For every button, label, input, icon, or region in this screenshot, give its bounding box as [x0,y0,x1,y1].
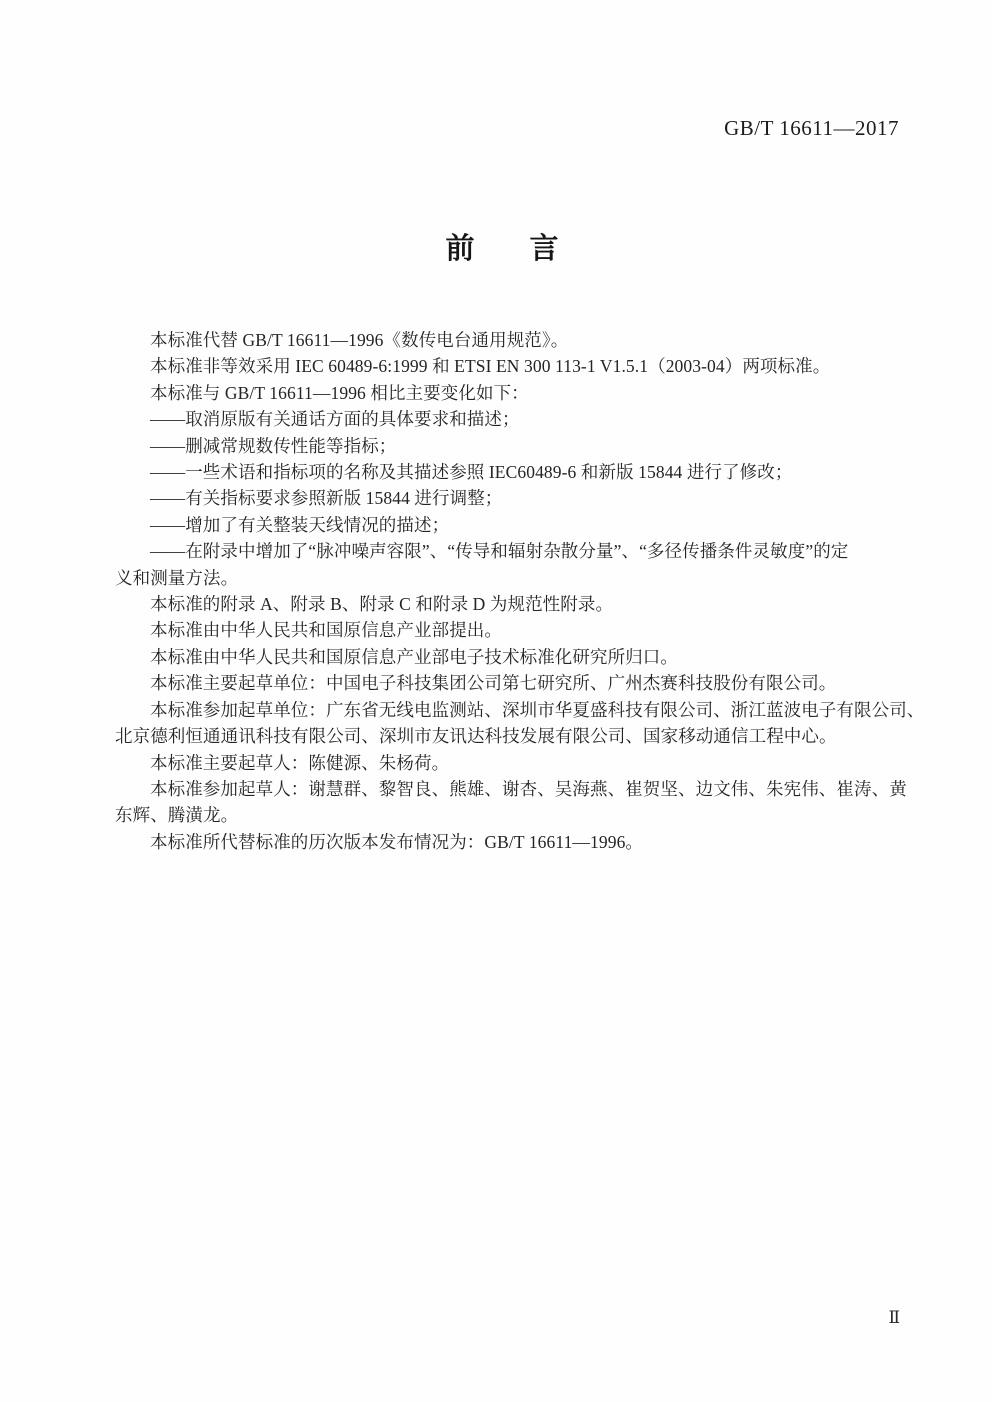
text-line: 本标准代替 GB/T 16611—1996《数传电台通用规范》。 [115,327,898,353]
standard-number: GB/T 16611—2017 [724,116,899,141]
text-line: 义和测量方法。 [115,565,898,591]
text-line: ——有关指标要求参照新版 15844 进行调整； [115,485,898,511]
text-line: 北京德利恒通通讯科技有限公司、深圳市友讯达科技发展有限公司、国家移动通信工程中心… [115,723,898,749]
text-line: ——在附录中增加了“脉冲噪声容限”、“传导和辐射杂散分量”、“多径传播条件灵敏度… [115,538,898,564]
foreword-body: 本标准代替 GB/T 16611—1996《数传电台通用规范》。本标准非等效采用… [115,327,898,855]
text-line: ——增加了有关整装天线情况的描述； [115,512,898,538]
text-line: ——取消原版有关通话方面的具体要求和描述； [115,406,898,432]
text-line: ——一些术语和指标项的名称及其描述参照 IEC60489-6 和新版 15844… [115,459,898,485]
page-number: Ⅱ [888,1308,900,1328]
text-line: ——删减常规数传性能等指标； [115,433,898,459]
document-page: GB/T 16611—2017 前言 本标准代替 GB/T 16611—1996… [0,0,992,1402]
text-line: 本标准与 GB/T 16611—1996 相比主要变化如下： [115,380,898,406]
text-line: 本标准参加起草人：谢慧群、黎智良、熊雄、谢杏、吴海燕、崔贺坚、边文伟、朱宪伟、崔… [115,776,898,802]
text-line: 本标准由中华人民共和国原信息产业部提出。 [115,617,898,643]
text-line: 本标准所代替标准的历次版本发布情况为：GB/T 16611—1996。 [115,829,898,855]
text-line: 本标准由中华人民共和国原信息产业部电子技术标准化研究所归口。 [115,644,898,670]
text-line: 本标准主要起草人：陈健源、朱杨荷。 [115,750,898,776]
text-line: 本标准非等效采用 IEC 60489-6:1999 和 ETSI EN 300 … [115,353,898,379]
text-line: 本标准主要起草单位：中国电子科技集团公司第七研究所、广州杰赛科技股份有限公司。 [115,670,898,696]
text-line: 东辉、腾潢龙。 [115,802,898,828]
page-title: 前言 [0,226,992,267]
text-line: 本标准的附录 A、附录 B、附录 C 和附录 D 为规范性附录。 [115,591,898,617]
text-line: 本标准参加起草单位：广东省无线电监测站、深圳市华夏盛科技有限公司、浙江蓝波电子有… [115,697,898,723]
